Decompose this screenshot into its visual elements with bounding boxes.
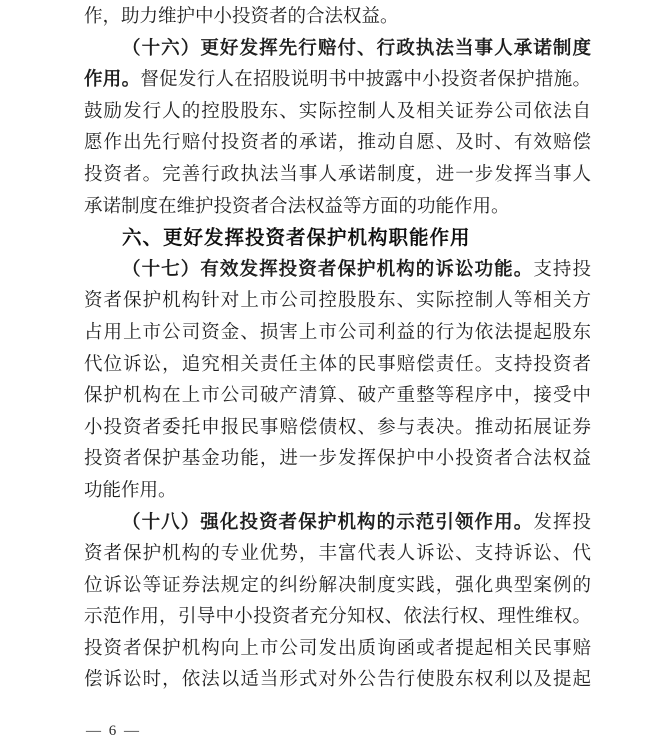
body-text: 功能作用。 <box>84 481 177 501</box>
heading-text: 六、更好发挥投资者保护机构职能作用 <box>122 227 471 249</box>
body-line: 偿诉讼时，依法以适当形式对外公告行使股东权利以及提起 <box>84 665 591 697</box>
body-line: 作，助力维护中小投资者的合法权益。 <box>84 2 591 34</box>
body-line: 承诺制度在维护投资者合法权益等方面的功能作用。 <box>84 192 591 224</box>
body-text: 占用上市公司资金、损害上市公司利益的行为依法提起股东 <box>84 323 591 343</box>
body-text: 承诺制度在维护投资者合法权益等方面的功能作用。 <box>84 197 510 217</box>
clause-title-text: 作用。 <box>84 70 140 90</box>
body-text: 示范作用，引导中小投资者充分知权、依法行权、理性维权。 <box>84 607 591 627</box>
body-line: 示范作用，引导中小投资者充分知权、依法行权、理性维权。 <box>84 602 591 634</box>
body-text: 偿诉讼时，依法以适当形式对外公告行使股东权利以及提起 <box>84 670 591 690</box>
body-line: （十六）更好发挥先行赔付、行政执法当事人承诺制度 <box>84 34 591 66</box>
body-line: 投资者。完善行政执法当事人承诺制度，进一步发挥当事人 <box>84 160 591 192</box>
body-line: 功能作用。 <box>84 476 591 508</box>
body-text: 资者保护机构针对上市公司控股股东、实际控制人等相关方 <box>84 291 591 311</box>
body-line: 资者保护机构的专业优势，丰富代表人诉讼、支持诉讼、代 <box>84 539 591 571</box>
body-text: 督促发行人在招股说明书中披露中小投资者保护措施。 <box>140 70 591 90</box>
body-text: 发挥投 <box>533 513 591 533</box>
body-text: 鼓励发行人的控股股东、实际控制人及相关证券公司依法自 <box>84 102 591 122</box>
body-line: 占用上市公司资金、损害上市公司利益的行为依法提起股东 <box>84 318 591 350</box>
body-text: 位诉讼等证券法规定的纠纷解决制度实践，强化典型案例的 <box>84 576 591 596</box>
body-line: 资者保护机构针对上市公司控股股东、实际控制人等相关方 <box>84 286 591 318</box>
body-line: 代位诉讼，追究相关责任主体的民事赔偿责任。支持投资者 <box>84 350 591 382</box>
body-text: 支持投 <box>533 260 591 280</box>
section-heading: 六、更好发挥投资者保护机构职能作用 <box>84 223 591 255</box>
body-text: 愿作出先行赔付投资者的承诺，推动自愿、及时、有效赔偿 <box>84 133 591 153</box>
page-number: — 6 — <box>86 723 141 740</box>
body-text: 作，助力维护中小投资者的合法权益。 <box>84 7 399 27</box>
body-line: 愿作出先行赔付投资者的承诺，推动自愿、及时、有效赔偿 <box>84 128 591 160</box>
body-line: 位诉讼等证券法规定的纠纷解决制度实践，强化典型案例的 <box>84 571 591 603</box>
body-line: （十七）有效发挥投资者保护机构的诉讼功能。支持投 <box>84 255 591 287</box>
clause-title-text: （十八）强化投资者保护机构的示范引领作用。 <box>122 513 533 533</box>
body-line: 投资者保护基金功能，进一步发挥保护中小投资者合法权益 <box>84 444 591 476</box>
body-line: 投资者保护机构向上市公司发出质询函或者提起相关民事赔 <box>84 634 591 666</box>
body-text: 代位诉讼，追究相关责任主体的民事赔偿责任。支持投资者 <box>84 355 591 375</box>
body-text: 投资者保护机构向上市公司发出质询函或者提起相关民事赔 <box>84 639 591 659</box>
body-text: 资者保护机构的专业优势，丰富代表人诉讼、支持诉讼、代 <box>84 544 591 564</box>
document-body: 作，助力维护中小投资者的合法权益。（十六）更好发挥先行赔付、行政执法当事人承诺制… <box>84 2 591 697</box>
body-line: 作用。督促发行人在招股说明书中披露中小投资者保护措施。 <box>84 65 591 97</box>
body-line: （十八）强化投资者保护机构的示范引领作用。发挥投 <box>84 508 591 540</box>
body-text: 投资者。完善行政执法当事人承诺制度，进一步发挥当事人 <box>84 165 591 185</box>
body-text: 投资者保护基金功能，进一步发挥保护中小投资者合法权益 <box>84 449 591 469</box>
clause-title-text: （十六）更好发挥先行赔付、行政执法当事人承诺制度 <box>122 39 591 59</box>
body-line: 保护机构在上市公司破产清算、破产重整等程序中，接受中 <box>84 381 591 413</box>
clause-title-text: （十七）有效发挥投资者保护机构的诉讼功能。 <box>122 260 533 280</box>
body-line: 小投资者委托申报民事赔偿债权、参与表决。推动拓展证券 <box>84 413 591 445</box>
document-page: 作，助力维护中小投资者的合法权益。（十六）更好发挥先行赔付、行政执法当事人承诺制… <box>0 0 667 750</box>
body-text: 小投资者委托申报民事赔偿债权、参与表决。推动拓展证券 <box>84 418 591 438</box>
body-text: 保护机构在上市公司破产清算、破产重整等程序中，接受中 <box>84 386 591 406</box>
body-line: 鼓励发行人的控股股东、实际控制人及相关证券公司依法自 <box>84 97 591 129</box>
